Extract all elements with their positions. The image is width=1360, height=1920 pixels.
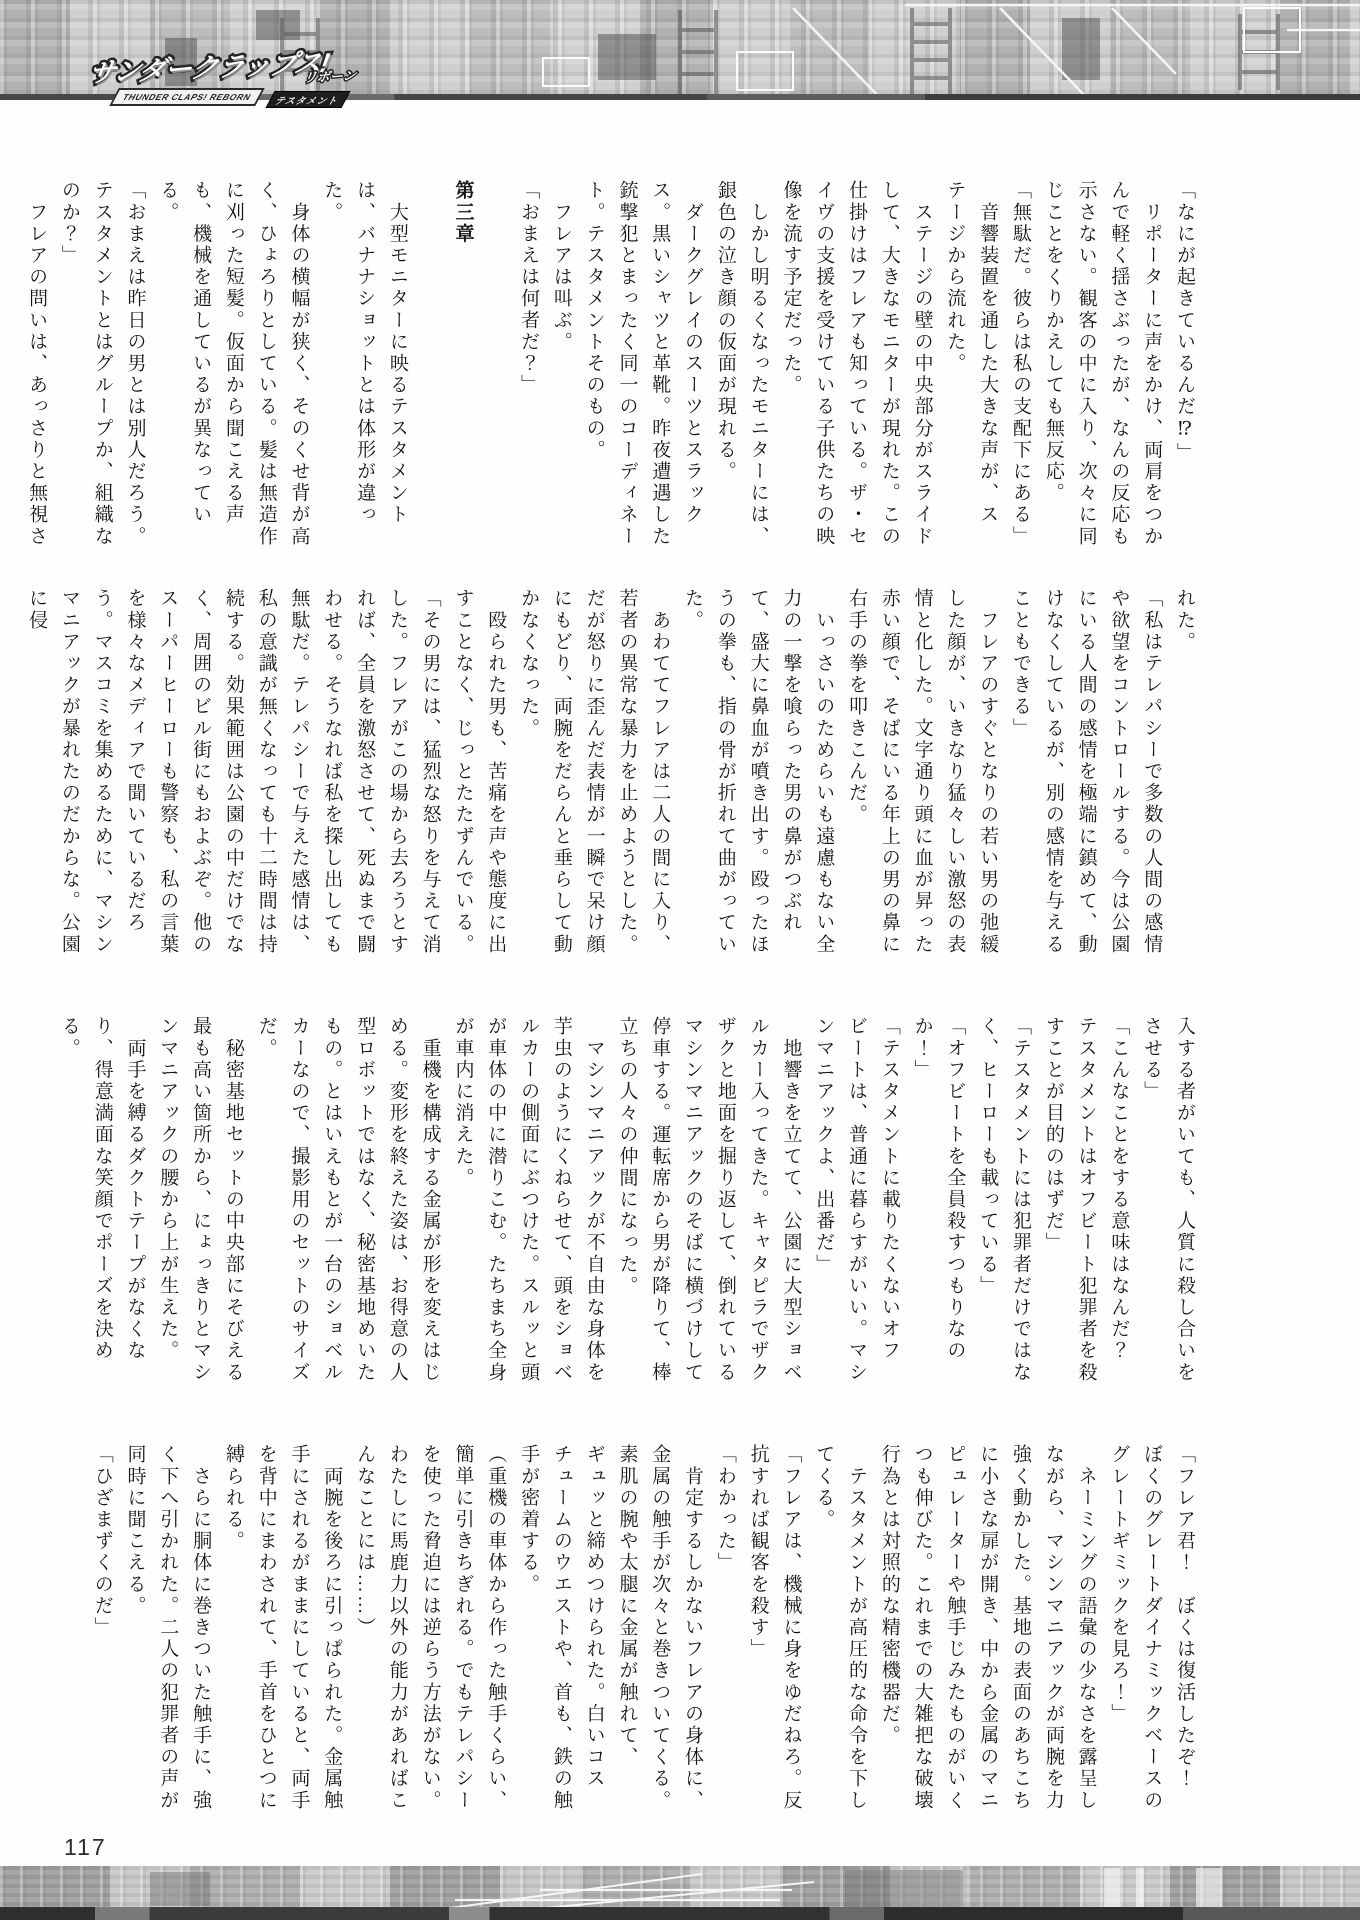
text-band-4: 「フレア君！ ぼくは復活したぞ！ ぼくのグレートダイナミックベースのグレートギミ… xyxy=(96,1444,1200,1816)
text-band-1: 「なにが起きているんだ⁉」 リポーターに声をかけ、両肩をつかんで軽く揺さぶったが… xyxy=(96,180,1200,552)
footer-glitch-lines xyxy=(0,1866,1360,1920)
paragraph-column xyxy=(478,180,511,552)
paragraph-column: 「フレアは、機械に身をゆだねろ。反抗すれば観客を殺す」 xyxy=(741,1444,807,1816)
paragraph-column: （重機の車体から作った触手くらい、簡単に引きちぎれる。でもテレパシーを使った脅迫… xyxy=(347,1444,511,1816)
series-logo-testament-badge: テスタメント xyxy=(265,91,350,108)
paragraph-column: ダークグレイのスーツとスラックス。黒いシャツと革靴。昨夜遭遇した銃撃犯とまったく… xyxy=(577,180,708,552)
paragraph-column: 「なにが起きているんだ⁉」 xyxy=(1167,180,1200,552)
footer-collage-art xyxy=(0,1866,1360,1920)
paragraph-column: いっさいのためらいも遠慮もない全力の一撃を喰らった男の鼻がつぶれて、盛大に鼻血が… xyxy=(675,588,839,960)
paragraph-column: 音響装置を通した大きな声が、ステージから流れた。 xyxy=(938,180,1004,552)
paragraph-column: 「その男には、猛烈な怒りを与えて消した。フレアがこの場から去ろうとすれば、全員を… xyxy=(19,588,445,960)
paragraph-column: 大型モニターに映るテスタメントは、バナナショットとは体形が違った。 xyxy=(314,180,412,552)
paragraph-column: リポーターに声をかけ、両肩をつかんで軽く揺さぶったが、なんの反応も示さない。観客… xyxy=(1036,180,1167,552)
paragraph-column: フレアは叫ぶ。 xyxy=(544,180,577,552)
paragraph-column: 「無駄だ。彼らは私の支配下にある」 xyxy=(1003,180,1036,552)
paragraph-column: マシンマニアックが不自由な身体を芋虫のようにくねらせて、頭をショベルカーの側面に… xyxy=(446,1016,610,1388)
series-logo: サンダークラップス! リボーン THUNDER CLAPS! REBORN テス… xyxy=(78,44,378,108)
paragraph-column: 身体の横幅が狭く、そのくせ背が高く、ひょろりとしている。髪は無造作に刈った短髪。… xyxy=(151,180,315,552)
paragraph-column: フレアのすぐとなりの若い男の弛緩した顔が、いきなり猛々しい激怒の表情と化した。文… xyxy=(839,588,1003,960)
paragraph-column: 重機を構成する金属が形を変えはじめる。変形を終えた姿は、お得意の人型ロボットでは… xyxy=(249,1016,446,1388)
paragraph-column: ネーミングの語彙の少なさを露呈しながら、マシンマニアックが両腕を力強く動かした。… xyxy=(872,1444,1102,1816)
paragraph-column: れた。 xyxy=(1167,588,1200,960)
chapter-heading: 第三章 xyxy=(446,180,479,552)
paragraph-column: 「おまえは何者だ？」 xyxy=(511,180,544,552)
paragraph-column: 「オフビートを全員殺すつもりなのか！」 xyxy=(905,1016,971,1388)
paragraph-column: 「フレア君！ ぼくは復活したぞ！ ぼくのグレートダイナミックベースのグレートギミ… xyxy=(1102,1444,1200,1816)
paragraph-column: あわててフレアは二人の間に入り、若者の異常な暴力を止めようとした。だが怒りに歪ん… xyxy=(511,588,675,960)
series-logo-english-subtitle: THUNDER CLAPS! REBORN xyxy=(109,88,265,106)
paragraph-column: 肯定するしかないフレアの身体に、金属の触手が次々と巻きついてくる。素肌の腕や太腿… xyxy=(511,1444,708,1816)
paragraph-column: 両腕を後ろに引っぱられた。金属触手にされるがままにしていると、両手を背中にまわさ… xyxy=(216,1444,347,1816)
paragraph-column: 秘密基地セットの中央部にそびえる最も高い箇所から、にょっきりとマシンマニアックの… xyxy=(151,1016,249,1388)
paragraph-column: 「わかった」 xyxy=(708,1444,741,1816)
paragraph-column: 「テスタメントに載りたくないオフビートは、普通に暮らすがいい。マシンマニアックよ… xyxy=(806,1016,904,1388)
paragraph-column: 入する者がいても、人質に殺し合いをさせる」 xyxy=(1134,1016,1200,1388)
text-band-2: れた。「私はテレパシーで多数の人間の感情や欲望をコントロールする。今は公園にいる… xyxy=(96,588,1200,960)
paragraph-column: 両手を縛るダクトテープがなくなり、得意満面な笑顔でポーズを決める。 xyxy=(52,1016,150,1388)
paragraph-column: 「こんなことをする意味はなんだ？ テスタメントはオフビート犯罪者を殺すことが目的… xyxy=(1036,1016,1134,1388)
paragraph-column xyxy=(413,180,446,552)
series-logo-title: サンダークラップス! xyxy=(86,41,333,90)
paragraph-column: 地響きを立てて、公園に大型ショベルカー入ってきた。キャタピラでザクザクと地面を掘… xyxy=(610,1016,807,1388)
page-number: 117 xyxy=(64,1834,107,1861)
paragraph-column: 殴られた男も、苦痛を声や態度に出すことなく、じっとたたずんでいる。 xyxy=(446,588,512,960)
paragraph-column: 「私はテレパシーで多数の人間の感情や欲望をコントロールする。今は公園にいる人間の… xyxy=(1003,588,1167,960)
text-band-3: 入する者がいても、人質に殺し合いをさせる」「こんなことをする意味はなんだ？ テス… xyxy=(96,1016,1200,1388)
paragraph-column: テスタメントが高圧的な命令を下してくる。 xyxy=(806,1444,872,1816)
novel-page: サンダークラップス! リボーン THUNDER CLAPS! REBORN テス… xyxy=(0,0,1360,1920)
series-logo-reborn-label: リボーン xyxy=(302,65,357,86)
paragraph-column: ステージの壁の中央部分がスライドして、大きなモニターが現れた。この仕掛けはフレア… xyxy=(774,180,938,552)
paragraph-column: 「おまえは昨日の男とは別人だろう。テスタメントとはグループか、組織なのか？」 xyxy=(52,180,150,552)
paragraph-column: 「ひざまずくのだ」 xyxy=(85,1444,118,1816)
paragraph-column: フレアの問いは、あっさりと無視さ xyxy=(19,180,52,552)
paragraph-column: しかし明るくなったモニターには、銀色の泣き顔の仮面が現れる。 xyxy=(708,180,774,552)
paragraph-column: 「テスタメントには犯罪者だけではなく、ヒーローも載っている」 xyxy=(970,1016,1036,1388)
paragraph-column: さらに胴体に巻きついた触手に、強く下へ引かれた。二人の犯罪者の声が同時に聞こえる… xyxy=(118,1444,216,1816)
